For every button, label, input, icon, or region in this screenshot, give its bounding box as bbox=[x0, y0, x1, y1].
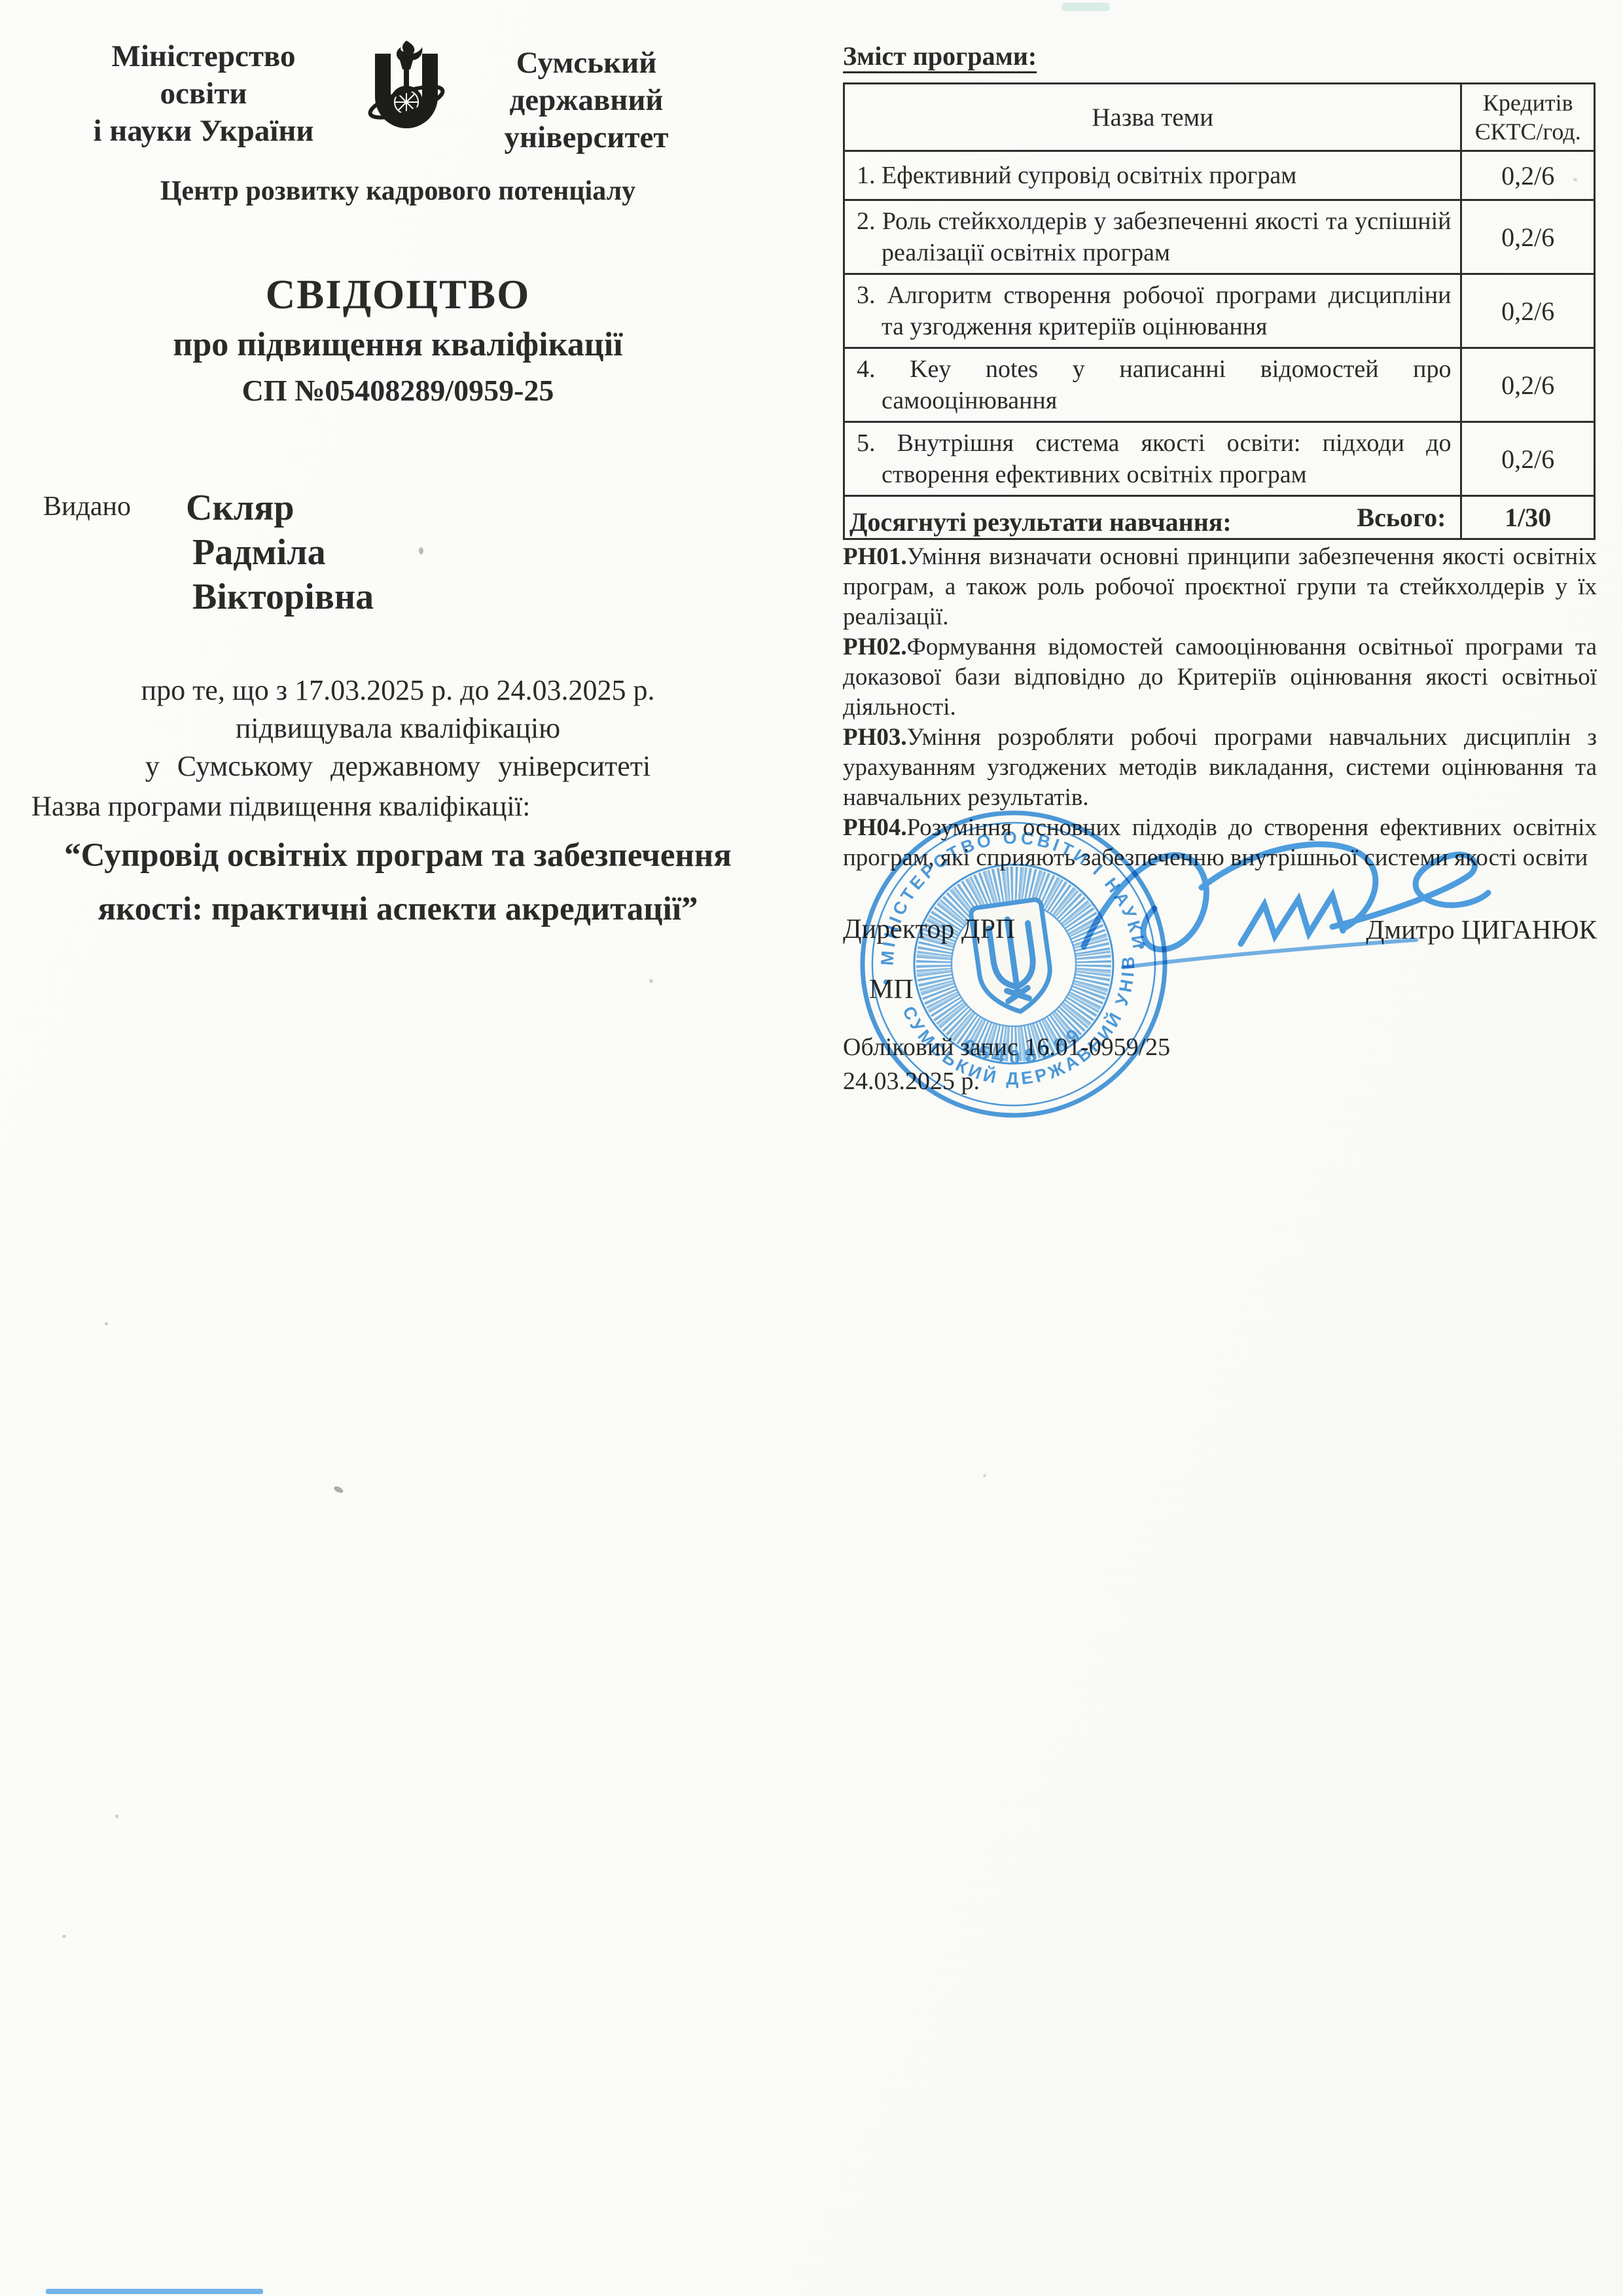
credits-cell: 0,2/6 bbox=[1461, 422, 1595, 496]
scan-speck bbox=[62, 1935, 66, 1938]
program-name: “Супровід освітніх програм та забезпечен… bbox=[31, 829, 764, 936]
topic-cell: 3. Алгоритм створення робочої програми д… bbox=[844, 274, 1461, 348]
recipient-last-name: Скляр bbox=[186, 486, 374, 530]
column-header-credits: Кредитів ЄКТС/год. bbox=[1461, 84, 1595, 151]
period-line: у Сумському державному університеті bbox=[31, 747, 764, 785]
topic-text: Ефективний супровід освітніх програм bbox=[882, 162, 1296, 189]
outcome-code: РН03. bbox=[843, 724, 907, 751]
table-row: 4. Key notes у написанні відомостей про … bbox=[844, 348, 1595, 422]
scan-edge-artifact bbox=[46, 2289, 263, 2294]
recipient-first-name: Радміла bbox=[192, 530, 374, 575]
scanned-certificate-page: Міністерство освіти і науки України bbox=[0, 0, 1623, 2296]
total-value: 1/30 bbox=[1461, 496, 1595, 539]
program-name-line: якості: практичні аспекти акредитації” bbox=[31, 882, 764, 936]
learning-outcome: РН01.Уміння визначати основні принципи з… bbox=[843, 542, 1597, 632]
university-line: державний bbox=[455, 82, 717, 119]
ministry-line: Міністерство bbox=[50, 38, 357, 75]
issued-to-block: Видано Скляр Радміла Вікторівна bbox=[43, 486, 374, 619]
topic-cell: 4. Key notes у написанні відомостей про … bbox=[844, 348, 1461, 422]
scan-speck bbox=[649, 979, 653, 983]
row-number: 3. bbox=[857, 281, 876, 309]
outcome-text: Формування відомостей самооцінювання осв… bbox=[843, 634, 1597, 721]
table-row: 2. Роль стейкхолдерів у забезпеченні яко… bbox=[844, 200, 1595, 274]
topic-text: Внутрішня система якості освіти: підходи… bbox=[882, 429, 1451, 488]
learning-outcome: РН02.Формування відомостей самооцінюванн… bbox=[843, 632, 1597, 723]
ministry-name: Міністерство освіти і науки України bbox=[50, 38, 357, 150]
scan-speck bbox=[419, 547, 423, 554]
university-line: університет bbox=[455, 119, 717, 156]
topic-cell: 2. Роль стейкхолдерів у забезпеченні яко… bbox=[844, 200, 1461, 274]
period-line: про те, що з 17.03.2025 р. до 24.03.2025… bbox=[31, 672, 764, 709]
scan-speck bbox=[333, 1485, 344, 1494]
outcome-text: Уміння розробляти робочі програми навчал… bbox=[843, 724, 1597, 811]
training-period: про те, що з 17.03.2025 р. до 24.03.2025… bbox=[31, 672, 764, 785]
certificate-subtitle: про підвищення кваліфікації bbox=[31, 325, 764, 364]
ministry-line: освіти bbox=[50, 75, 357, 113]
table-row: 3. Алгоритм створення робочої програми д… bbox=[844, 274, 1595, 348]
ministry-line: і науки України bbox=[50, 113, 357, 150]
learning-outcomes-heading: Досягнуті результати навчання: bbox=[849, 507, 1232, 537]
scan-smudge bbox=[1061, 3, 1110, 11]
issuer-header: Міністерство освіти і науки України bbox=[50, 38, 730, 156]
certificate-number: СП №05408289/0959-25 bbox=[31, 373, 764, 408]
outcome-text: Уміння визначати основні принципи забезп… bbox=[843, 543, 1597, 630]
issued-label: Видано bbox=[43, 486, 171, 619]
credits-cell: 0,2/6 bbox=[1461, 348, 1595, 422]
issuing-center-name: Центр розвитку кадрового потенціалу bbox=[31, 175, 764, 207]
program-name-line: “Супровід освітніх програм та забезпечен… bbox=[31, 829, 764, 882]
column-header-topic: Назва теми bbox=[844, 84, 1461, 151]
program-contents-heading: Зміст програми: bbox=[843, 41, 1037, 71]
recipient-name: Скляр Радміла Вікторівна bbox=[186, 486, 374, 619]
period-line: підвищувала кваліфікацію bbox=[31, 709, 764, 747]
recipient-patronymic: Вікторівна bbox=[192, 575, 374, 619]
program-name-label: Назва програми підвищення кваліфікації: bbox=[31, 791, 764, 823]
scan-speck bbox=[983, 1474, 986, 1477]
topic-cell: 1. Ефективний супровід освітніх програм bbox=[844, 151, 1461, 200]
topic-cell: 5. Внутрішня система якості освіти: підх… bbox=[844, 422, 1461, 496]
topic-text: Роль стейкхолдерів у забезпеченні якості… bbox=[882, 207, 1451, 266]
row-number: 1. bbox=[857, 162, 876, 189]
scan-speck bbox=[105, 1322, 108, 1325]
table-row: 1. Ефективний супровід освітніх програм … bbox=[844, 151, 1595, 200]
certificate-title-block: СВІДОЦТВО про підвищення кваліфікації СП… bbox=[31, 271, 764, 408]
credits-cell: 0,2/6 bbox=[1461, 151, 1595, 200]
credits-cell: 0,2/6 bbox=[1461, 200, 1595, 274]
scan-speck bbox=[1573, 178, 1577, 181]
program-contents-table: Назва теми Кредитів ЄКТС/год. 1. Ефектив… bbox=[843, 82, 1596, 540]
learning-outcome: РН03.Уміння розробляти робочі програми н… bbox=[843, 723, 1597, 813]
university-name: Сумський державний університет bbox=[455, 38, 717, 156]
row-number: 2. bbox=[857, 207, 876, 235]
trident-shield-icon bbox=[971, 899, 1056, 1016]
row-number: 4. bbox=[857, 355, 876, 383]
outcome-code: РН01. bbox=[843, 543, 907, 570]
row-number: 5. bbox=[857, 429, 876, 457]
university-line: Сумський bbox=[455, 45, 717, 82]
outcome-code: РН02. bbox=[843, 634, 907, 660]
scan-speck bbox=[115, 1814, 118, 1818]
university-logo-icon bbox=[357, 38, 455, 149]
director-signature-icon bbox=[1044, 816, 1509, 992]
table-header-row: Назва теми Кредитів ЄКТС/год. bbox=[844, 84, 1595, 151]
certificate-title: СВІДОЦТВО bbox=[31, 271, 764, 319]
credits-cell: 0,2/6 bbox=[1461, 274, 1595, 348]
table-row: 5. Внутрішня система якості освіти: підх… bbox=[844, 422, 1595, 496]
topic-text: Алгоритм створення робочої програми дисц… bbox=[882, 281, 1451, 340]
topic-text: Key notes у написанні відомостей про сам… bbox=[882, 355, 1451, 414]
